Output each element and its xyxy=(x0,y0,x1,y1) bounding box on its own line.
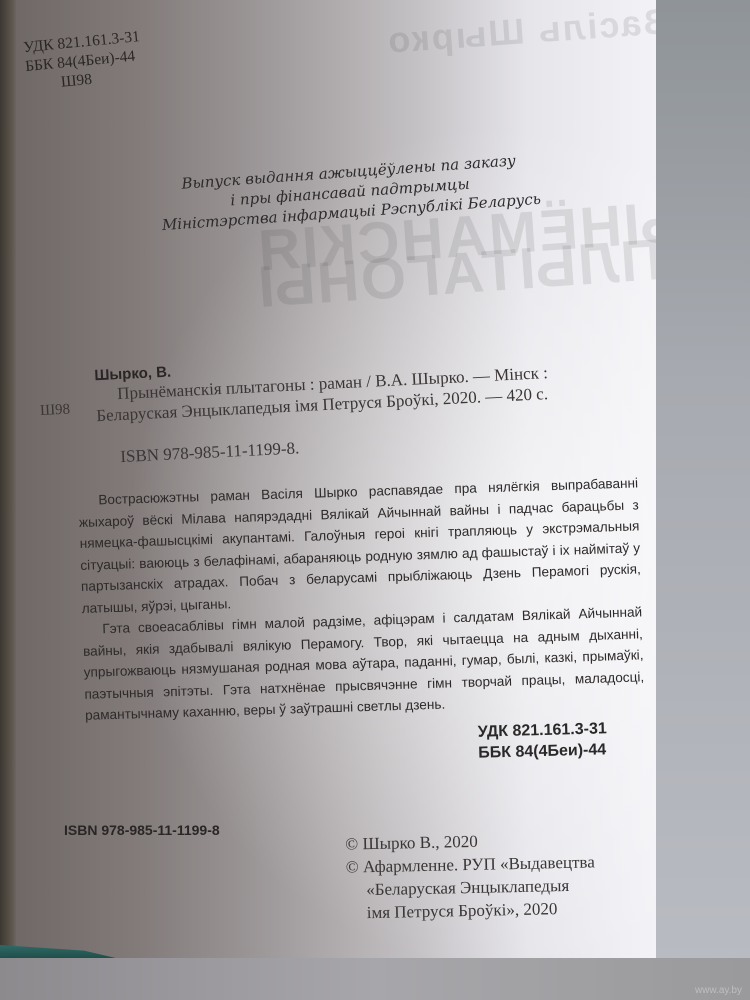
catalog-author-code: Ш98 xyxy=(39,384,97,429)
annotation-paragraph: Вострасюжэтны раман Васіля Шырко распавя… xyxy=(78,472,642,619)
classification-top: УДК 821.161.3-31 ББК 84(4Беи)-44 Ш98 xyxy=(23,27,145,95)
classification-bottom: УДК 821.161.3-31 ББК 84(4Беи)-44 xyxy=(477,718,607,763)
bbk-code: ББК 84(4Беи)-44 xyxy=(478,739,608,763)
background-surface xyxy=(656,0,750,960)
copyright-block: © Шырко В., 2020 © Афармленне. РУП «Выда… xyxy=(345,827,596,924)
bleed-through-text: Васіль Шырко xyxy=(385,0,656,62)
book-gutter xyxy=(0,0,16,960)
table-surface xyxy=(0,958,750,1000)
isbn-bottom: ISBN 978-985-11-1199-8 xyxy=(64,822,220,838)
watermark: www.ay.by xyxy=(695,985,742,996)
annotation: Вострасюжэтны раман Васіля Шырко распавя… xyxy=(78,472,645,726)
annotation-paragraph: Гэта своеасаблівы гімн малой радзіме, аф… xyxy=(82,601,645,726)
